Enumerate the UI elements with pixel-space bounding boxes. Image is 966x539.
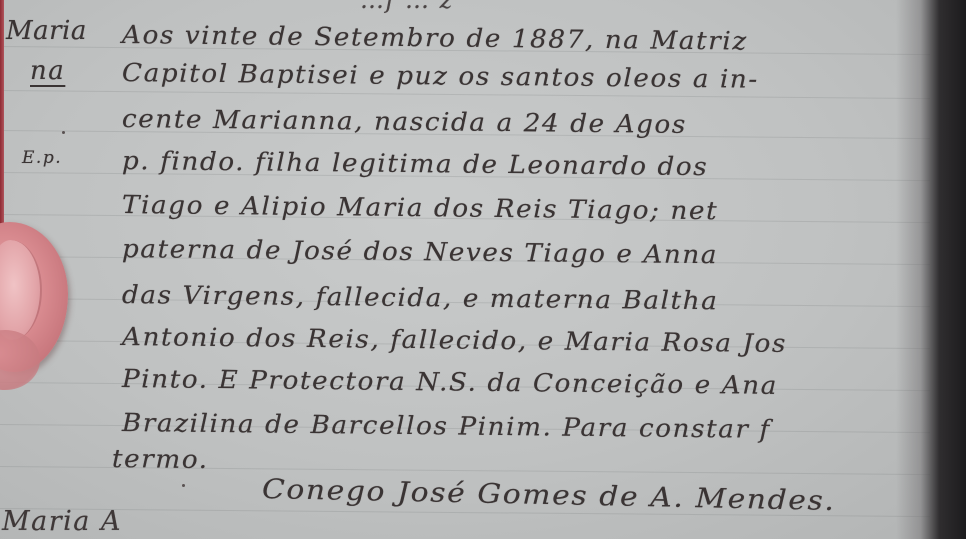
fingernail — [0, 240, 42, 340]
record-line-10: Brazilina de Barcellos Pinim. Para const… — [122, 408, 771, 444]
record-line-11: termo. — [112, 444, 209, 474]
register-photograph: …f … z Maria na E.p. Aos vinte de Setemb… — [0, 0, 966, 539]
ink-dot — [182, 484, 185, 487]
record-line-8: Antonio dos Reis, fallecido, e Maria Ros… — [122, 322, 787, 358]
record-line-4: p. findo. filha legitima de Leonardo dos — [122, 146, 709, 181]
record-line-5: Tiago e Alipio Maria dos Reis Tiago; net — [122, 190, 718, 225]
next-entry-fragment: Maria A — [2, 506, 122, 537]
record-line-2: Capitol Baptisei e puz os santos oleos a… — [122, 58, 759, 94]
margin-name-line-1: Maria — [6, 16, 87, 46]
book-gutter-shadow — [896, 0, 966, 539]
previous-entry-fragment: …f … z — [360, 0, 454, 14]
binding-edge — [0, 0, 4, 250]
record-line-9: Pinto. E Protectora N.S. da Conceição e … — [122, 364, 778, 400]
record-line-1: Aos vinte de Setembro de 1887, na Matriz — [122, 20, 748, 56]
margin-name-line-2: na — [30, 56, 65, 86]
margin-note: E.p. — [22, 148, 62, 168]
record-line-6: paterna de José dos Neves Tiago e Anna — [122, 234, 718, 269]
record-line-3: cente Marianna, nascida a 24 de Agos — [122, 104, 687, 139]
record-line-7: das Virgens, fallecida, e materna Baltha — [122, 280, 719, 315]
ink-dot — [62, 131, 65, 134]
ruled-line — [0, 90, 930, 99]
